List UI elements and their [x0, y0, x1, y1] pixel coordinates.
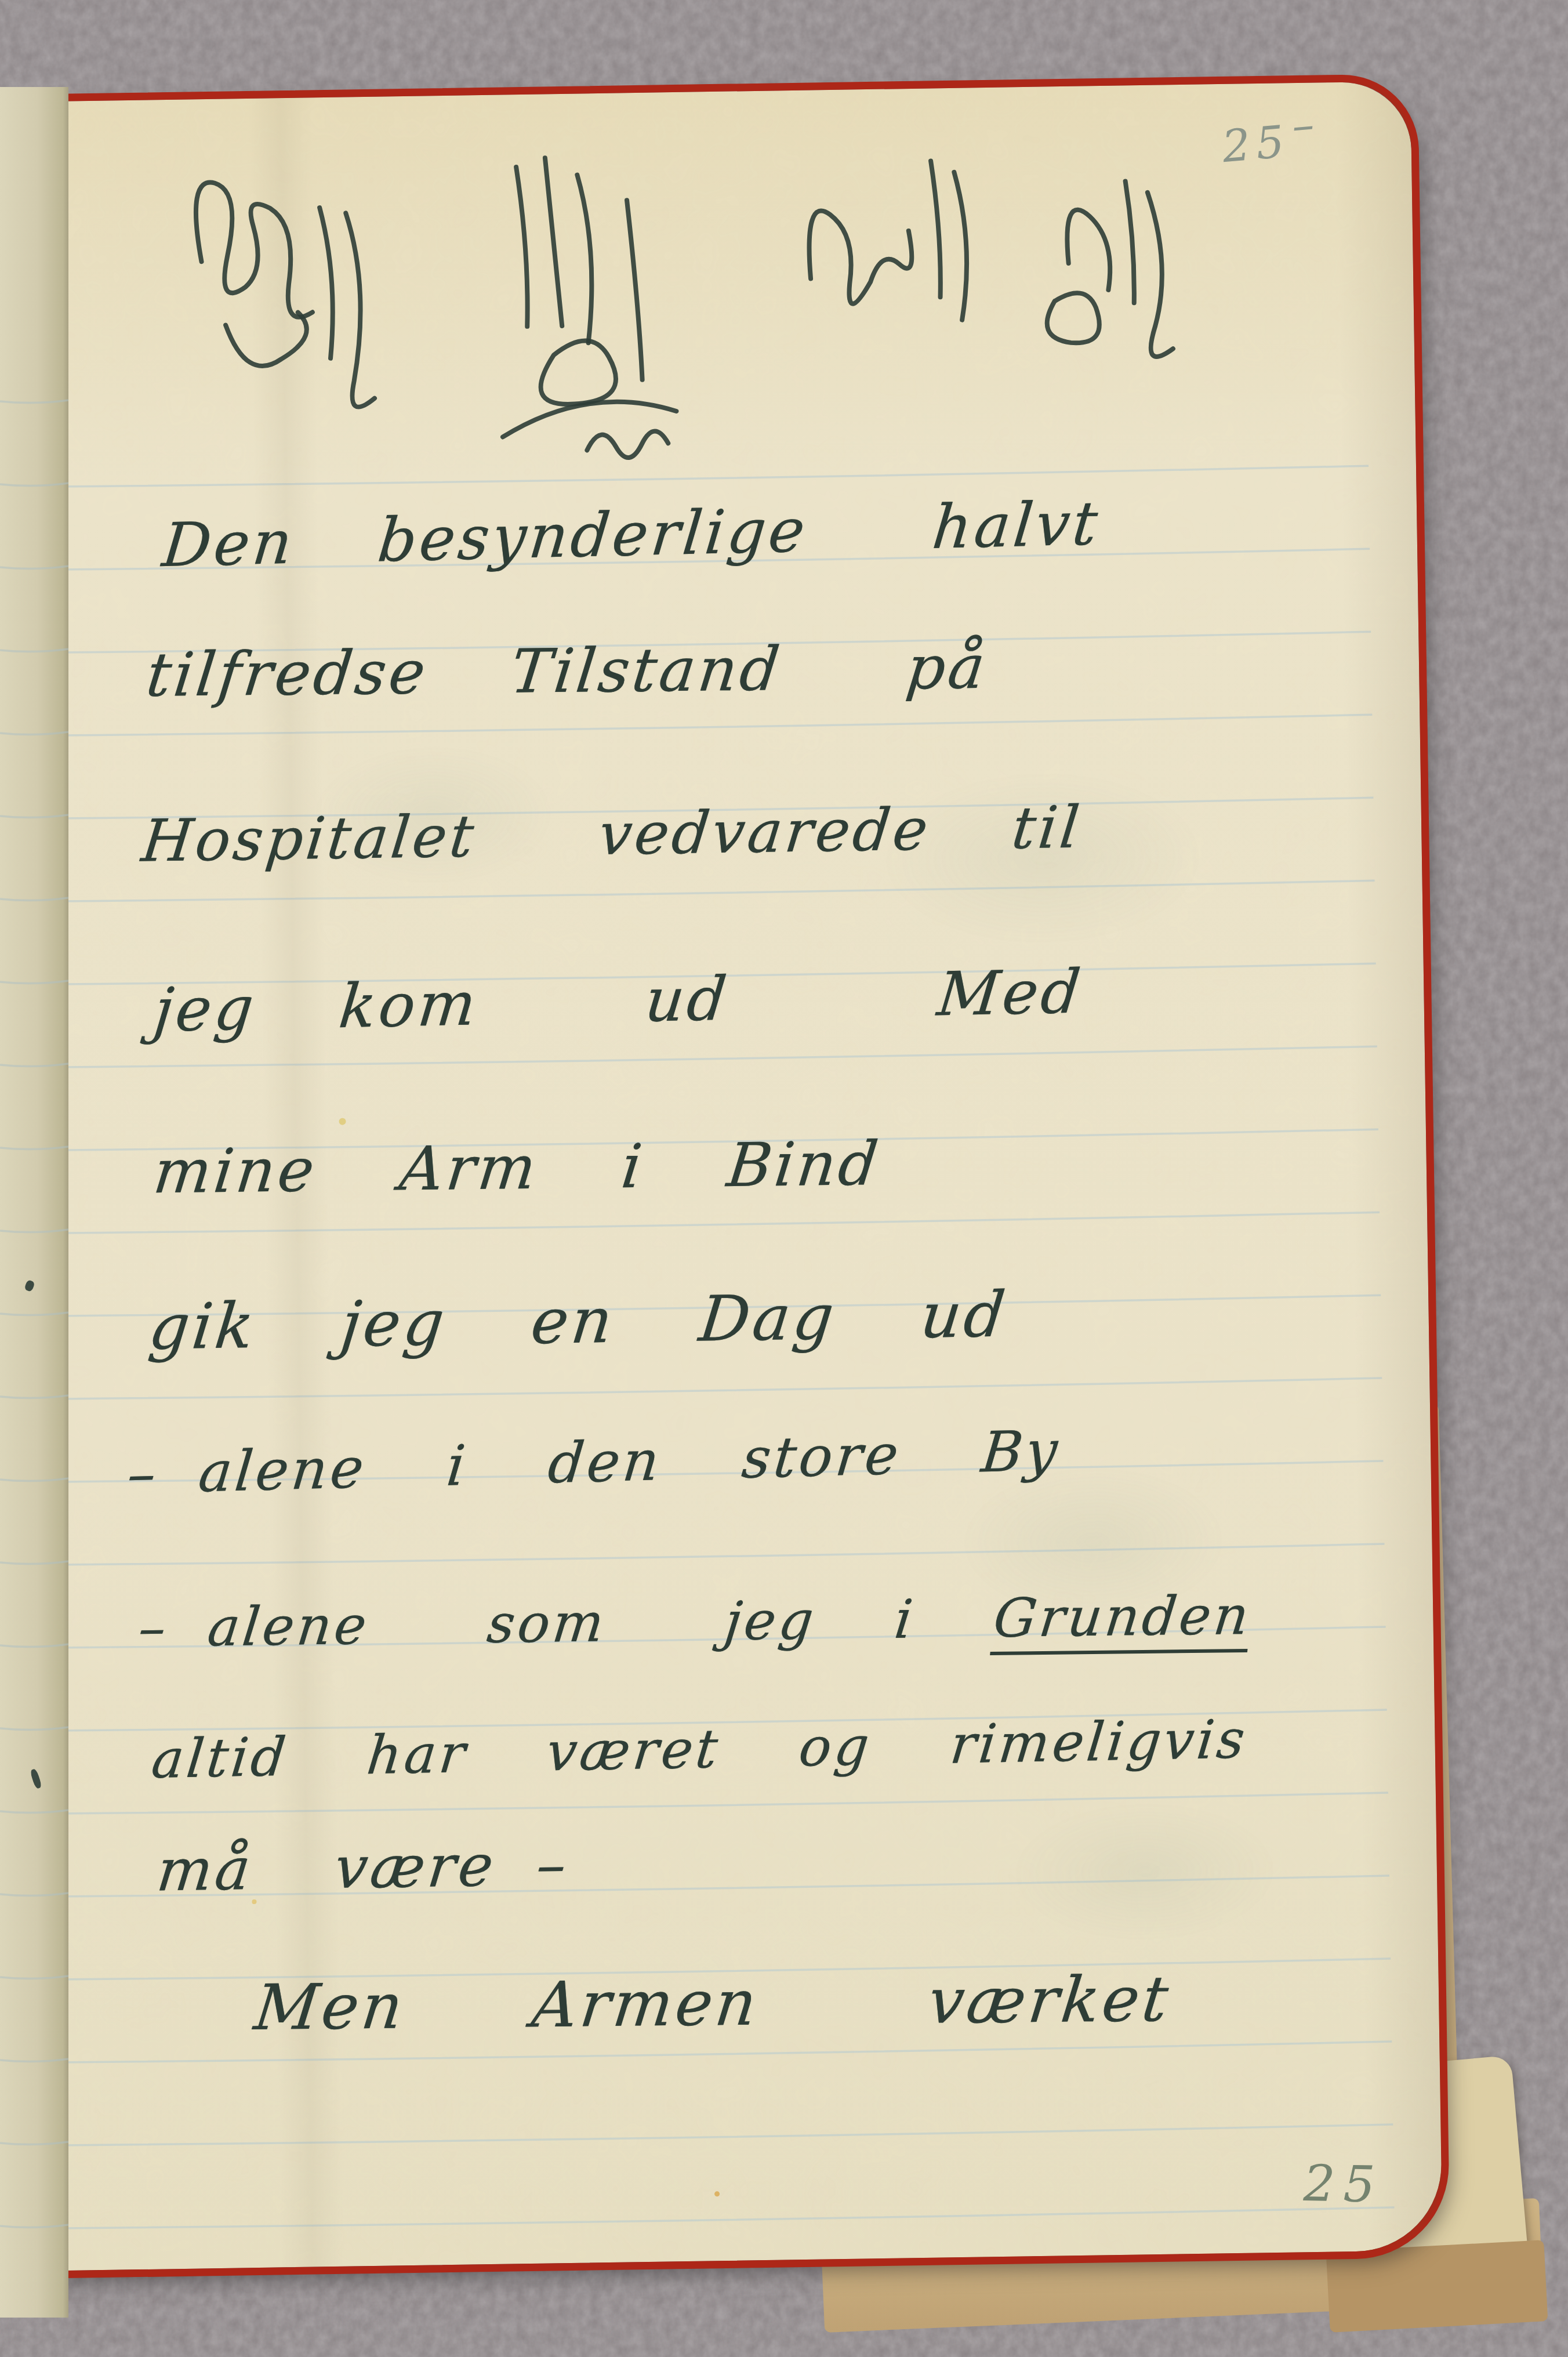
ruled-line — [0, 1147, 68, 1150]
handwriting-line-2: tilfredse Tilstand på — [143, 632, 992, 710]
ruled-line — [52, 1378, 1382, 1401]
pen-scribbles — [144, 124, 1251, 500]
ruled-line — [0, 1064, 68, 1067]
ruled-line — [62, 2041, 1392, 2064]
handwriting-line-11: Men Armen værket — [251, 1963, 1175, 2044]
ruled-line — [0, 815, 68, 818]
ruled-line — [0, 981, 68, 984]
ruled-line — [0, 1893, 68, 1896]
page-number-bottom-value: 25 — [1303, 2155, 1384, 2214]
scribble-stroke — [931, 161, 968, 321]
ruled-line — [0, 898, 68, 901]
ruled-line — [0, 1810, 68, 1813]
ruled-line — [0, 400, 68, 403]
handwriting-line-6: gik jeg en Dag ud — [146, 1279, 1011, 1364]
gutter-ruled-lines — [0, 87, 68, 2318]
ruled-line — [63, 2124, 1393, 2147]
page-number-top-dash: – — [1290, 98, 1316, 151]
ruled-line — [0, 566, 68, 569]
facing-page-gutter — [0, 87, 68, 2318]
ruled-line — [49, 1212, 1380, 1235]
scribble-stroke — [195, 181, 313, 318]
ruled-line — [0, 1727, 68, 1730]
ruled-line — [0, 649, 68, 652]
ruled-line — [64, 2207, 1395, 2230]
page-number-bottom: 25 — [1303, 2155, 1384, 2214]
scribble-stroke — [1047, 293, 1099, 343]
ruled-line — [0, 1644, 68, 1647]
paper-stain — [714, 2191, 720, 2196]
ruled-line — [0, 2142, 68, 2145]
ruled-line — [0, 1976, 68, 1979]
ruled-line — [47, 1046, 1377, 1069]
handwriting-line-5: mine Arm i Bind — [150, 1128, 884, 1207]
ruled-line — [0, 483, 68, 486]
notebook-page: Den besynderlige halvttilfredse Tilstand… — [0, 81, 1443, 2271]
scribble-stroke — [809, 209, 913, 304]
ruled-line — [0, 2059, 68, 2062]
scribble-stroke — [1067, 209, 1110, 291]
ruled-line — [0, 1230, 68, 1232]
ruled-line — [0, 1312, 68, 1315]
scribble-stroke — [516, 157, 593, 344]
ruled-line — [0, 1395, 68, 1398]
ruled-line — [0, 1478, 68, 1481]
scribble-stroke — [320, 207, 375, 408]
paper-stain — [252, 1899, 256, 1904]
handwriting-line-10: må være – — [154, 1830, 572, 1905]
page-number-top-value: 25 — [1220, 115, 1292, 173]
scribble-stroke — [627, 200, 643, 380]
scribble-stroke — [540, 340, 616, 405]
scribble-stroke — [1126, 180, 1173, 357]
handwriting-text: – alene som jeg i — [136, 1587, 997, 1659]
photo-of-notebook-page: Den besynderlige halvttilfredse Tilstand… — [0, 0, 1568, 2357]
page-number-top: 25– — [1220, 113, 1314, 172]
scribble-stroke — [587, 431, 669, 458]
ruled-line — [0, 732, 68, 735]
ruled-line — [0, 1561, 68, 1564]
ruled-line — [42, 715, 1373, 737]
scribble-stroke — [226, 312, 307, 366]
ruled-line — [0, 2225, 68, 2228]
